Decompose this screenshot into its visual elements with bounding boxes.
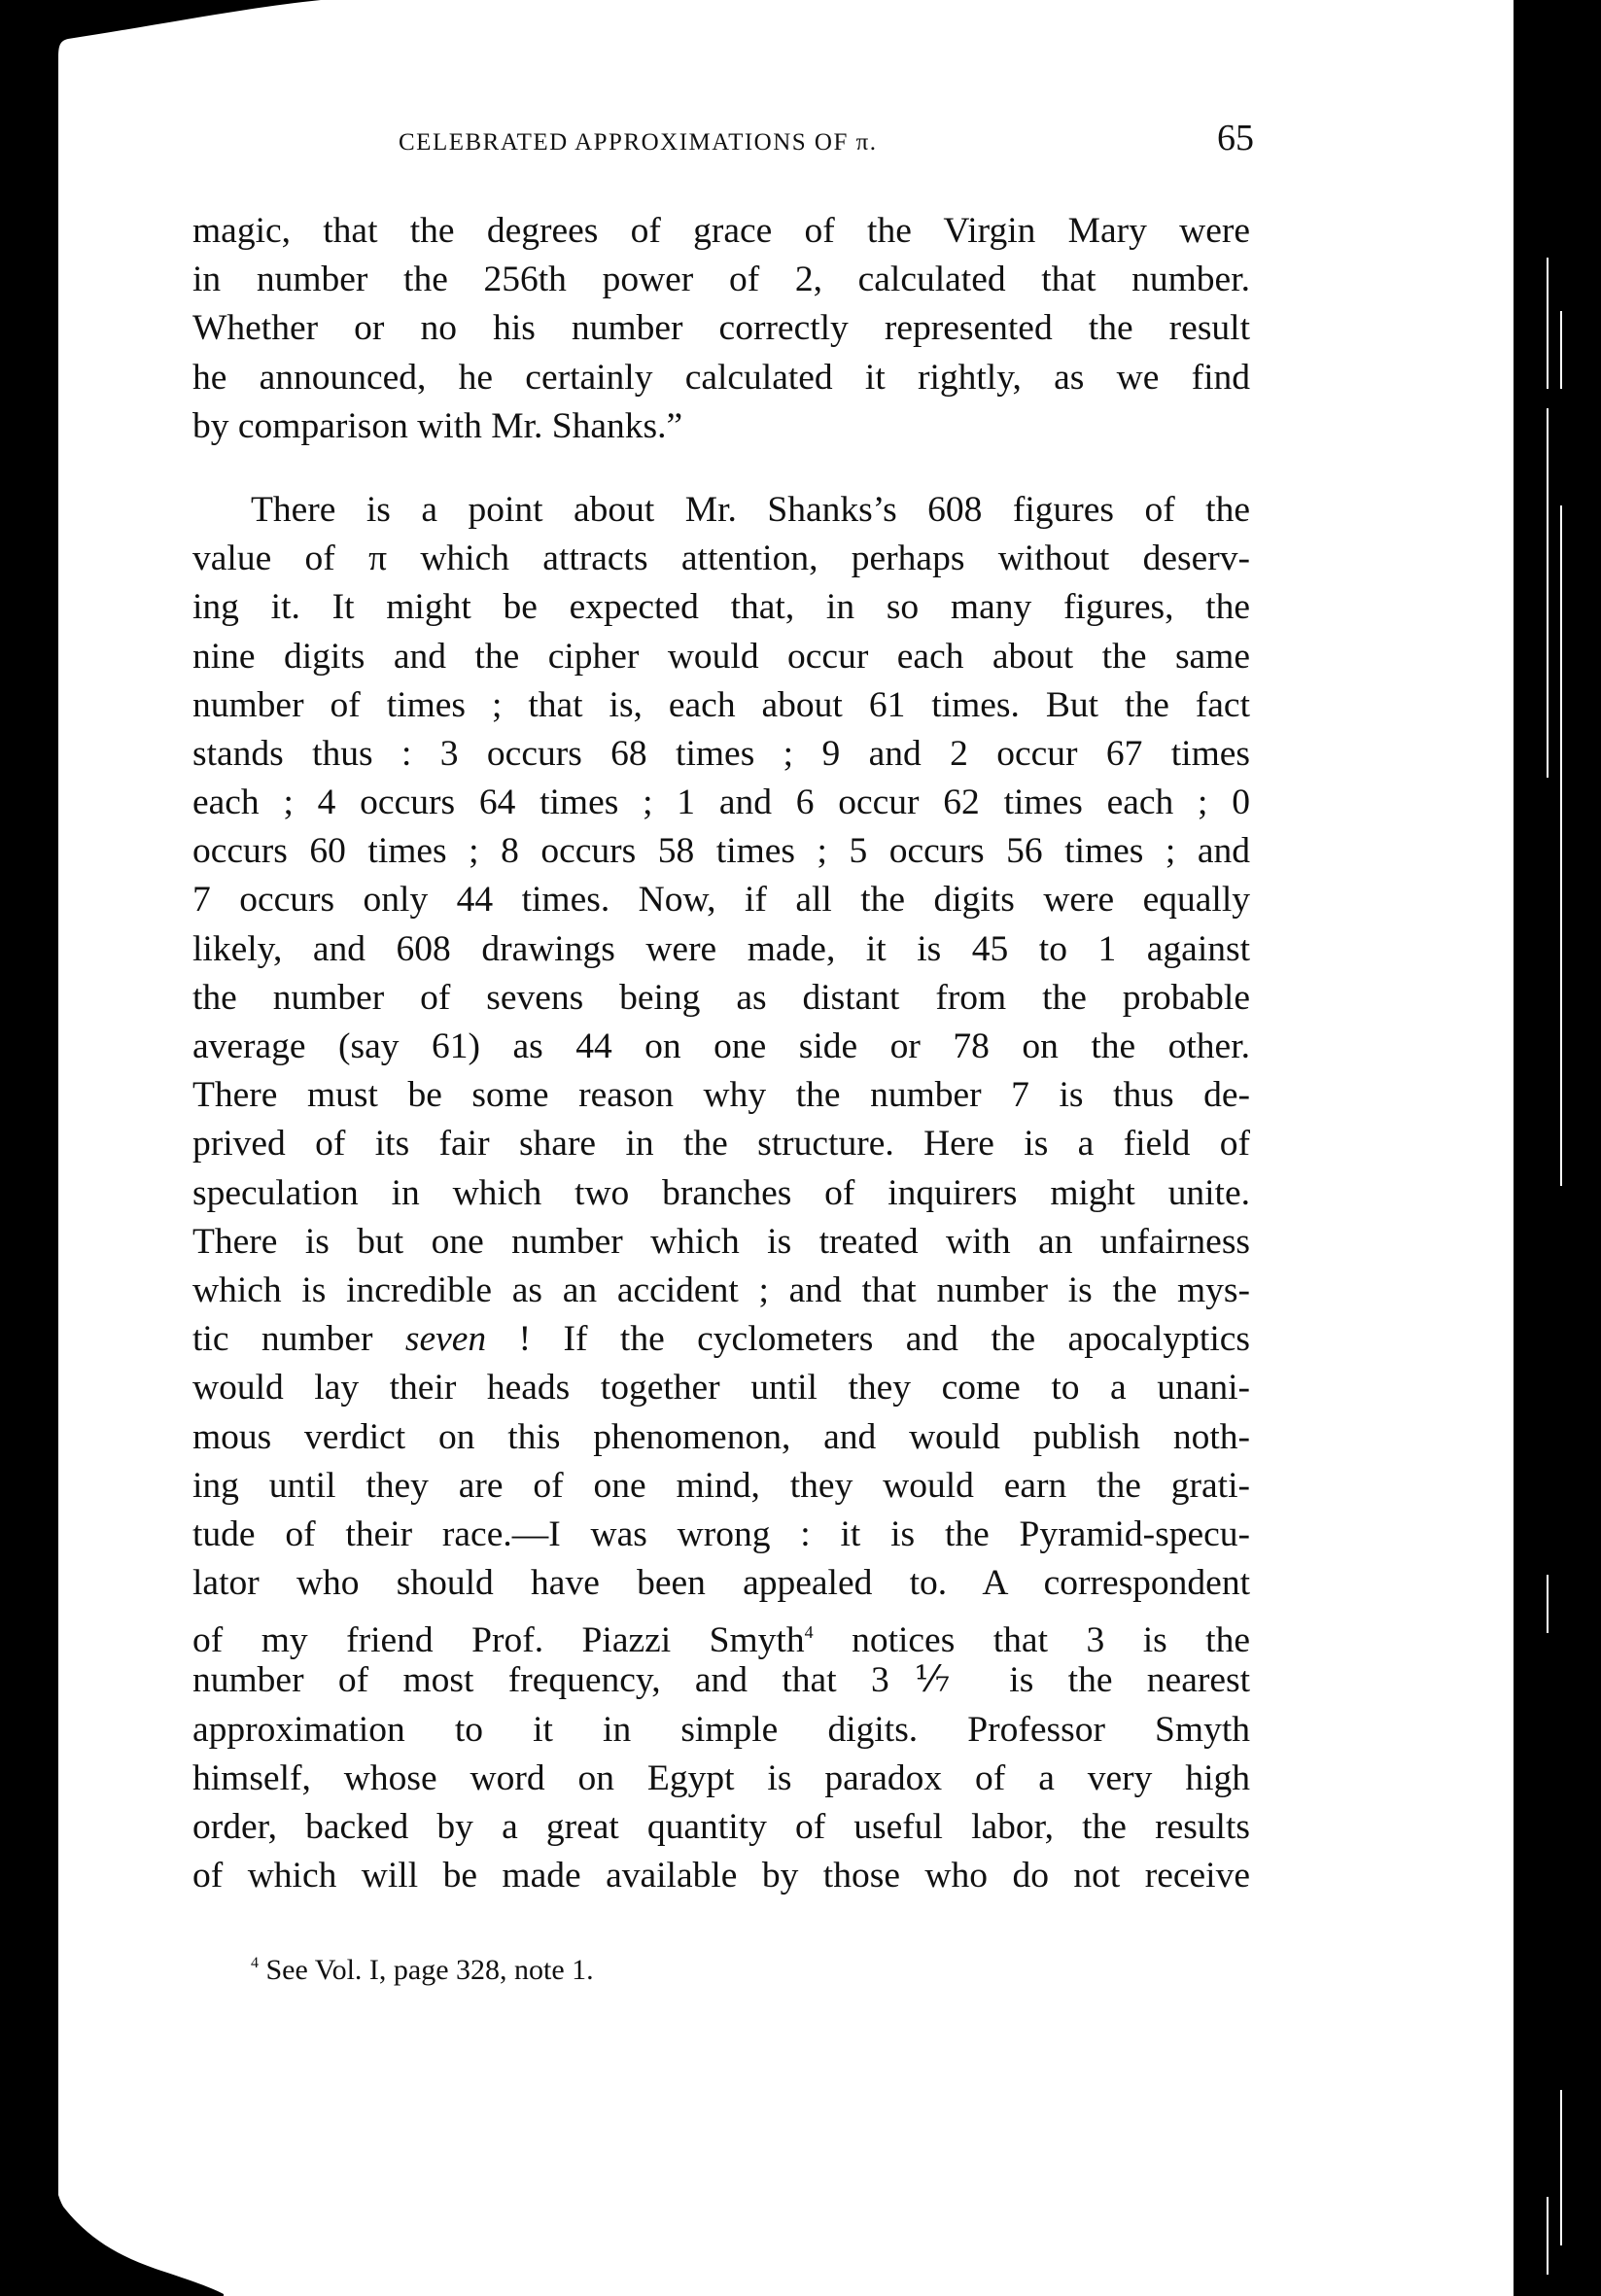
footnote-marker: 4 (251, 1955, 259, 1971)
text-line: of which will be made available by those… (192, 1852, 1250, 1900)
text-line: average (say 61) as 44 on one side or 78… (192, 1023, 1250, 1071)
text-line: each ; 4 occurs 64 times ; 1 and 6 occur… (192, 779, 1250, 827)
text-line: number of times ; that is, each about 61… (192, 681, 1250, 730)
text-line: order, backed by a great quantity of use… (192, 1803, 1250, 1852)
text-line: tic number seven ! If the cyclometers an… (192, 1315, 1250, 1364)
italic-word: seven (405, 1319, 486, 1359)
text-line: himself, whose word on Egypt is paradox … (192, 1755, 1250, 1803)
text-line: ing until they are of one mind, they wou… (192, 1462, 1250, 1511)
text-line: in number the 256th power of 2, calculat… (192, 256, 1250, 304)
text-line: There must be some reason why the number… (192, 1071, 1250, 1120)
text-line: There is but one number which is treated… (192, 1218, 1250, 1267)
text-line: There is a point about Mr. Shanks’s 608 … (192, 486, 1250, 535)
scan-border-right (1514, 0, 1601, 2296)
text-line: speculation in which two branches of inq… (192, 1169, 1250, 1218)
text-line: which is incredible as an accident ; and… (192, 1267, 1250, 1315)
text-line: occurs 60 times ; 8 occurs 58 times ; 5 … (192, 827, 1250, 876)
text-line: of my friend Prof. Piazzi Smyth4 notices… (192, 1608, 1250, 1656)
text-line: value of π which attracts attention, per… (192, 535, 1250, 583)
text-line: lator who should have been appealed to. … (192, 1559, 1250, 1608)
text-line: by comparison with Mr. Shanks.” (192, 402, 1250, 451)
text-line: Whether or no his number correctly repre… (192, 304, 1250, 353)
paragraph-gap (192, 451, 1250, 486)
text-line: he announced, he certainly calculated it… (192, 354, 1250, 402)
text-line: 7 occurs only 44 times. Now, if all the … (192, 876, 1250, 924)
text-line: prived of its fair share in the structur… (192, 1120, 1250, 1168)
text-line: likely, and 608 drawings were made, it i… (192, 925, 1250, 974)
text-line: magic, that the degrees of grace of the … (192, 207, 1250, 256)
text-line: the number of sevens being as distant fr… (192, 974, 1250, 1023)
text-line: stands thus : 3 occurs 68 times ; 9 and … (192, 730, 1250, 779)
footnote-text: See Vol. I, page 328, note 1. (266, 1954, 594, 1986)
running-head: CELEBRATED APPROXIMATIONS OF π. 65 (399, 117, 1254, 159)
text-line: would lay their heads together until the… (192, 1364, 1250, 1412)
paragraph: There is a point about Mr. Shanks’s 608 … (192, 486, 1250, 1900)
running-head-title: CELEBRATED APPROXIMATIONS OF π. (399, 129, 878, 157)
scan-corner-bottom-left (0, 2102, 233, 2296)
footnote-reference: 4 (805, 1622, 814, 1642)
text-line: number of most frequency, and that 3⅐ is… (192, 1656, 1250, 1705)
text-line: tude of their race.—I was wrong : it is … (192, 1511, 1250, 1559)
footnote: 4 See Vol. I, page 328, note 1. (251, 1954, 594, 1987)
text-line: mous verdict on this phenomenon, and wou… (192, 1413, 1250, 1462)
text-line: nine digits and the cipher would occur e… (192, 633, 1250, 681)
page-number: 65 (1217, 117, 1254, 159)
body-text: magic, that the degrees of grace of the … (192, 207, 1250, 1900)
text-line: approximation to it in simple digits. Pr… (192, 1706, 1250, 1755)
paragraph: magic, that the degrees of grace of the … (192, 207, 1250, 451)
scan-corner-top-left (0, 0, 331, 58)
text-line: ing it. It might be expected that, in so… (192, 583, 1250, 632)
